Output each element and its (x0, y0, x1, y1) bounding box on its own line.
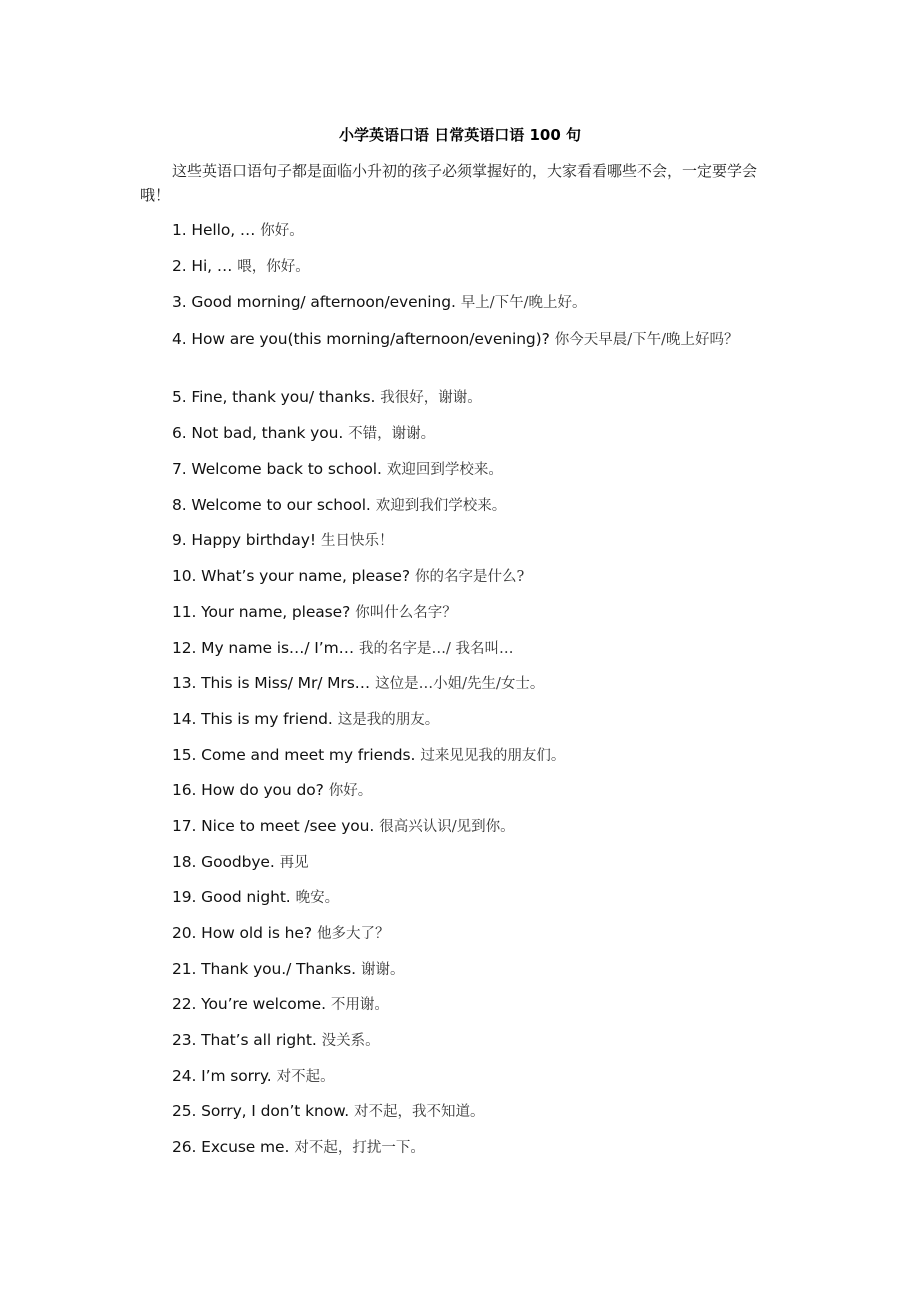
title-suffix: 句 (566, 126, 581, 144)
english-phrase: 1. Hello, … (172, 221, 255, 239)
english-phrase: 9. Happy birthday! (172, 531, 316, 549)
english-phrase: 24. I’m sorry. (172, 1067, 272, 1085)
list-item: 23. That’s all right.没关系。 (140, 1029, 776, 1053)
intro-paragraph: 这些英语口语句子都是面临小升初的孩子必须掌握好的，大家看看哪些不会，一定要学会哦… (140, 159, 776, 207)
english-phrase: 13. This is Miss/ Mr/ Mrs… (172, 674, 370, 692)
english-phrase: 14. This is my friend. (172, 710, 333, 728)
english-phrase: 21. Thank you./ Thanks. (172, 960, 356, 978)
chinese-translation: 过来见见我的朋友们。 (420, 748, 565, 764)
chinese-translation: 欢迎到我们学校来。 (376, 498, 507, 514)
chinese-translation: 你好。 (329, 783, 373, 799)
english-phrase: 7. Welcome back to school. (172, 460, 382, 478)
english-phrase: 10. What’s your name, please? (172, 567, 410, 585)
english-phrase: 12. My name is…/ I’m… (172, 639, 354, 657)
list-item: 15. Come and meet my friends.过来见见我的朋友们。 (140, 744, 776, 768)
list-item: 1. Hello, …你好。 (140, 219, 776, 243)
list-item: 17. Nice to meet /see you.很高兴认识/见到你。 (140, 815, 776, 839)
english-phrase: 8. Welcome to our school. (172, 496, 371, 514)
list-item: 6. Not bad, thank you.不错，谢谢。 (140, 422, 776, 446)
chinese-translation: 生日快乐！ (321, 533, 394, 549)
english-phrase: 18. Goodbye. (172, 853, 275, 871)
english-phrase: 22. You’re welcome. (172, 995, 326, 1013)
english-phrase: 16. How do you do? (172, 781, 324, 799)
chinese-translation: 对不起。 (277, 1069, 335, 1085)
list-item: 3. Good morning/ afternoon/evening.早上/下午… (140, 291, 776, 315)
chinese-translation: 晚安。 (296, 890, 340, 906)
list-item: 25. Sorry, I don’t know.对不起，我不知道。 (140, 1100, 776, 1124)
english-phrase: 17. Nice to meet /see you. (172, 817, 374, 835)
english-phrase: 25. Sorry, I don’t know. (172, 1102, 349, 1120)
chinese-translation: 你的名字是什么? (415, 569, 524, 585)
chinese-translation: 对不起，打扰一下。 (294, 1140, 425, 1156)
english-phrase: 20. How old is he? (172, 924, 312, 942)
title-chinese: 小学英语口语 日常英语口语 (339, 126, 524, 144)
chinese-translation: 喂，你好。 (237, 259, 310, 275)
chinese-translation: 我的名字是…/ 我名叫… (359, 641, 514, 657)
list-item: 18. Goodbye.再见 (140, 851, 776, 875)
list-item: 8. Welcome to our school.欢迎到我们学校来。 (140, 494, 776, 518)
list-item: 19. Good night.晚安。 (140, 886, 776, 910)
chinese-translation: 再见 (280, 855, 309, 871)
english-phrase: 23. That’s all right. (172, 1031, 317, 1049)
chinese-translation: 这是我的朋友。 (338, 712, 440, 728)
english-phrase: 11. Your name, please? (172, 603, 350, 621)
list-item: 26. Excuse me.对不起，打扰一下。 (140, 1136, 776, 1160)
chinese-translation: 你今天早晨/下午/晚上好吗？ (555, 332, 739, 348)
list-item: 22. You’re welcome.不用谢。 (140, 993, 776, 1017)
list-item: 2. Hi, …喂，你好。 (140, 255, 776, 279)
english-phrase: 3. Good morning/ afternoon/evening. (172, 293, 456, 311)
english-phrase: 5. Fine, thank you/ thanks. (172, 388, 375, 406)
list-item: 12. My name is…/ I’m…我的名字是…/ 我名叫… (140, 637, 776, 661)
list-item: 4. How are you(this morning/afternoon/ev… (140, 327, 776, 352)
list-item: 14. This is my friend.这是我的朋友。 (140, 708, 776, 732)
list-item: 20. How old is he?他多大了？ (140, 922, 776, 946)
list-item: 13. This is Miss/ Mr/ Mrs…这位是…小姐/先生/女士。 (140, 672, 776, 696)
chinese-translation: 不错，谢谢。 (348, 426, 435, 442)
english-phrase: 19. Good night. (172, 888, 291, 906)
list-item: 11. Your name, please?你叫什么名字？ (140, 601, 776, 625)
list-item: 9. Happy birthday!生日快乐！ (140, 529, 776, 553)
chinese-translation: 你叫什么名字？ (355, 605, 457, 621)
list-item: 21. Thank you./ Thanks.谢谢。 (140, 958, 776, 982)
chinese-translation: 很高兴认识/见到你。 (379, 819, 514, 835)
chinese-translation: 这位是…小姐/先生/女士。 (375, 676, 544, 692)
list-item: 5. Fine, thank you/ thanks.我很好，谢谢。 (140, 386, 776, 410)
chinese-translation: 早上/下午/晚上好。 (461, 295, 587, 311)
list-item: 24. I’m sorry.对不起。 (140, 1065, 776, 1089)
title-number: 100 (529, 126, 560, 144)
chinese-translation: 没关系。 (322, 1033, 380, 1049)
chinese-translation: 你好。 (260, 223, 304, 239)
page-title: 小学英语口语 日常英语口语 100 句 (0, 124, 920, 146)
english-phrase: 6. Not bad, thank you. (172, 424, 343, 442)
document-page: 小学英语口语 日常英语口语 100 句 这些英语口语句子都是面临小升初的孩子必须… (0, 0, 920, 1302)
chinese-translation: 他多大了？ (317, 926, 390, 942)
list-item: 16. How do you do?你好。 (140, 779, 776, 803)
chinese-translation: 不用谢。 (331, 997, 389, 1013)
english-phrase: 2. Hi, … (172, 257, 232, 275)
chinese-translation: 欢迎回到学校来。 (387, 462, 503, 478)
list-item: 7. Welcome back to school.欢迎回到学校来。 (140, 458, 776, 482)
english-phrase: 26. Excuse me. (172, 1138, 289, 1156)
english-phrase: 4. How are you(this morning/afternoon/ev… (172, 330, 550, 348)
list-item: 10. What’s your name, please?你的名字是什么? (140, 565, 776, 589)
chinese-translation: 我很好，谢谢。 (380, 390, 482, 406)
chinese-translation: 对不起，我不知道。 (354, 1104, 485, 1120)
english-phrase: 15. Come and meet my friends. (172, 746, 415, 764)
chinese-translation: 谢谢。 (361, 962, 405, 978)
